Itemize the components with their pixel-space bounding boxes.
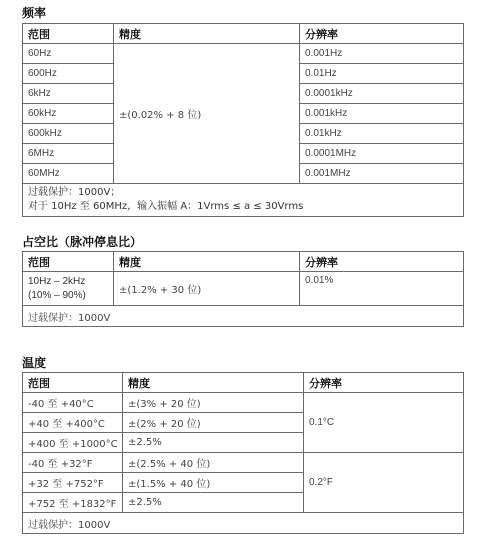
range-cell: 600kHz <box>23 124 114 144</box>
range-line-1: 10Hz – 2kHz <box>28 275 108 289</box>
range-cell: 60MHz <box>23 164 114 184</box>
table-row: 10Hz – 2kHz (10% – 90%) ±(1.2% + 30 位) 0… <box>23 272 464 306</box>
range-cell: 6kHz <box>23 84 114 104</box>
input-amplitude-note: 对于 10Hz 至 60MHz，输入振幅 A：1Vrms ≤ a ≤ 30Vrm… <box>28 200 458 214</box>
note-row: 过载保护：1000V <box>23 513 464 534</box>
note-row: 过载保护：1000V； 对于 10Hz 至 60MHz，输入振幅 A：1Vrms… <box>23 184 464 217</box>
resolution-cell: 0.01% <box>300 272 464 306</box>
temperature-section-title: 温度 <box>22 354 46 371</box>
header-range: 范围 <box>23 252 114 272</box>
overload-protection-note: 过载保护：1000V <box>23 306 464 327</box>
temperature-table: 范围 精度 分辨率 -40 至 +40°C ±(3% + 20 位) 0.1°C… <box>22 372 464 534</box>
header-accuracy: 精度 <box>123 373 304 393</box>
range-cell: 600Hz <box>23 64 114 84</box>
note-row: 过载保护：1000V <box>23 306 464 327</box>
accuracy-cell: ±2.5% <box>123 433 304 453</box>
header-resolution: 分辨率 <box>300 24 464 44</box>
accuracy-cell: ±(1.2% + 30 位) <box>114 272 300 306</box>
overload-protection-note: 过载保护：1000V <box>23 513 464 534</box>
range-cell: -40 至 +32°F <box>23 453 123 473</box>
accuracy-cell: ±2.5% <box>123 493 304 513</box>
overload-protection-note: 过载保护：1000V； <box>28 186 458 200</box>
resolution-cell: 0.001kHz <box>300 104 464 124</box>
range-cell: 60kHz <box>23 104 114 124</box>
header-range: 范围 <box>23 24 114 44</box>
resolution-cell: 0.0001kHz <box>300 84 464 104</box>
header-resolution: 分辨率 <box>304 373 464 393</box>
resolution-cell: 0.0001MHz <box>300 144 464 164</box>
duty-cycle-table: 范围 精度 分辨率 10Hz – 2kHz (10% – 90%) ±(1.2%… <box>22 251 464 327</box>
accuracy-cell: ±(2% + 20 位) <box>123 413 304 433</box>
table-header-row: 范围 精度 分辨率 <box>23 24 464 44</box>
resolution-cell: 0.01Hz <box>300 64 464 84</box>
table-row: 60Hz ±(0.02% + 8 位) 0.001Hz <box>23 44 464 64</box>
frequency-section-title: 频率 <box>22 4 46 21</box>
accuracy-cell: ±(0.02% + 8 位) <box>114 44 300 184</box>
note-cell: 过载保护：1000V； 对于 10Hz 至 60MHz，输入振幅 A：1Vrms… <box>23 184 464 217</box>
table-header-row: 范围 精度 分辨率 <box>23 252 464 272</box>
table-row: -40 至 +32°F ±(2.5% + 40 位) 0.2°F <box>23 453 464 473</box>
table-header-row: 范围 精度 分辨率 <box>23 373 464 393</box>
range-cell: +400 至 +1000°C <box>23 433 123 453</box>
resolution-cell-fahrenheit: 0.2°F <box>304 453 464 513</box>
range-cell: 6MHz <box>23 144 114 164</box>
accuracy-cell: ±(3% + 20 位) <box>123 393 304 413</box>
resolution-cell: 0.01kHz <box>300 124 464 144</box>
range-cell: -40 至 +40°C <box>23 393 123 413</box>
resolution-cell-celsius: 0.1°C <box>304 393 464 453</box>
range-line-2: (10% – 90%) <box>28 289 108 303</box>
resolution-cell: 0.001Hz <box>300 44 464 64</box>
range-cell: +32 至 +752°F <box>23 473 123 493</box>
header-range: 范围 <box>23 373 123 393</box>
header-accuracy: 精度 <box>114 24 300 44</box>
header-accuracy: 精度 <box>114 252 300 272</box>
accuracy-cell: ±(2.5% + 40 位) <box>123 453 304 473</box>
duty-cycle-section-title: 占空比（脉冲停息比） <box>22 233 142 250</box>
table-row: -40 至 +40°C ±(3% + 20 位) 0.1°C <box>23 393 464 413</box>
range-cell: +40 至 +400°C <box>23 413 123 433</box>
header-resolution: 分辨率 <box>300 252 464 272</box>
resolution-cell: 0.001MHz <box>300 164 464 184</box>
range-cell: +752 至 +1832°F <box>23 493 123 513</box>
accuracy-cell: ±(1.5% + 40 位) <box>123 473 304 493</box>
range-cell: 10Hz – 2kHz (10% – 90%) <box>23 272 114 306</box>
range-cell: 60Hz <box>23 44 114 64</box>
frequency-table: 范围 精度 分辨率 60Hz ±(0.02% + 8 位) 0.001Hz 60… <box>22 23 464 217</box>
